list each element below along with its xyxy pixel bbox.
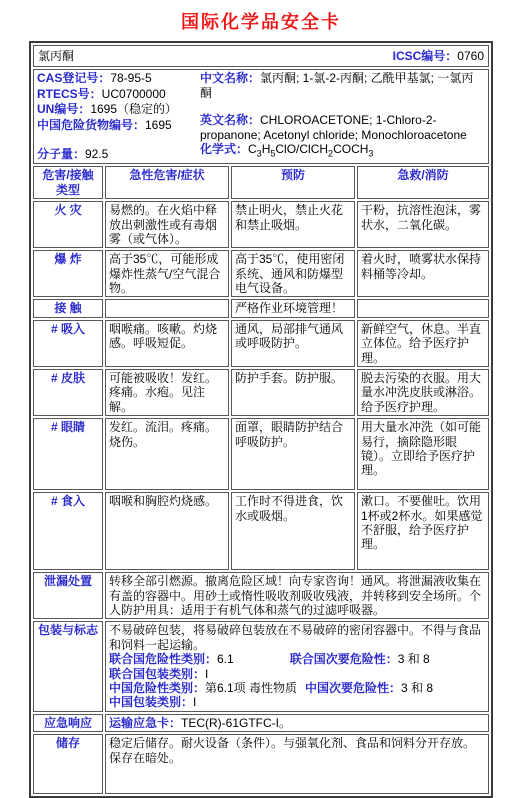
mw-value: 92.5 (85, 147, 108, 161)
icsc-number-group: ICSC编号：0760 (393, 49, 484, 63)
rtecs-value: UC0700000 (102, 87, 166, 101)
identity-row: CAS登记号：78-95-5 RTECS号：UC0700000 UN编号：169… (33, 69, 489, 164)
cn-dg-label: 中国危险货物编号： (37, 118, 145, 132)
spill-label: 泄漏处置 (33, 572, 103, 619)
cn-sub-value: 3 和 8 (401, 681, 433, 695)
formula-line: 化学式：C3H5ClO/ClCH2COCH3 (200, 142, 485, 156)
spill-row: 泄漏处置 转移全部引燃源。撤离危险区域！向专家咨询！通风。将泄漏液收集在有盖的容… (33, 572, 489, 619)
hazard-symptoms: 可能被吸收！发红。疼痛。水疱。见注解。 (105, 369, 229, 416)
mw-line: 分子量：92.5 (37, 147, 200, 161)
hazard-row-fire: 火 灾 易燃的。在火焰中释放出刺激性或有毒烟雾（或气体）。 禁止明火，禁止火花和… (33, 201, 489, 248)
hazard-prevention: 高于35℃，使用密闭系统、通风和防爆型电气设备。 (231, 250, 355, 297)
un-line: UN编号：1695（稳定的） (37, 102, 200, 116)
packaging-label: 包装与标志 (33, 621, 103, 711)
cn-class-value: 第6.1项 毒性物质 (205, 681, 297, 695)
identity-cell: CAS登记号：78-95-5 RTECS号：UC0700000 UN编号：169… (33, 69, 489, 164)
icsc-number: 0760 (457, 49, 484, 63)
hazard-row-eyes: # 眼睛 发红。流泪。疼痛。烧伤。 面罩，眼睛防护结合呼吸防护。 用大量水冲洗（… (33, 418, 489, 490)
zh-name-label: 中文名称： (200, 71, 260, 85)
en-name-line: 英文名称：CHLOROACETONE; 1-Chloro-2-propanone… (200, 113, 485, 142)
cas-line: CAS登记号：78-95-5 (37, 71, 200, 85)
cn-pack-value: I (193, 695, 196, 709)
hazard-type: 接 触 (33, 299, 103, 317)
hazard-type: # 眼睛 (33, 418, 103, 490)
cn-class-label: 中国危险性类别： (109, 681, 205, 695)
hazard-row-inhalation: # 吸入 咽喉痛。咳嗽。灼烧感。呼吸短促。 通风，局部排气通风或呼吸防护。 新鲜… (33, 320, 489, 367)
un-pack-line: 联合国包装类别：I (109, 667, 485, 681)
hazard-firstaid: 脱去污染的衣服。用大量水冲洗皮肤或淋浴。给予医疗护理。 (357, 369, 489, 416)
hazard-prevention: 禁止明火，禁止火花和禁止吸烟。 (231, 201, 355, 248)
hazard-symptoms: 咽喉痛。咳嗽。灼烧感。呼吸短促。 (105, 320, 229, 367)
packaging-row: 包装与标志 不易破碎包装，将易破碎包装放在不易破碎的密闭容器中。不得与食品和饲料… (33, 621, 489, 711)
transport-card-value: TEC(R)-61GTFC-I。 (181, 716, 291, 730)
hazard-header-row: 危害/接触类型 急性危害/症状 预防 急救/消防 (33, 166, 489, 199)
un-class-label: 联合国危险性类别： (109, 652, 217, 666)
identity-block: CAS登记号：78-95-5 RTECS号：UC0700000 UN编号：169… (37, 71, 485, 162)
storage-text: 稳定后储存。耐火设备（条件）。与强氧化剂、食品和饲料分开存放。保存在暗处。 (105, 734, 489, 794)
hazard-prevention: 防护手套。防护服。 (231, 369, 355, 416)
un-sub-value: 3 和 8 (398, 652, 430, 666)
rtecs-line: RTECS号：UC0700000 (37, 87, 200, 101)
un-sub-label: 联合国次要危险性： (290, 652, 398, 666)
hazard-symptoms: 咽喉和胸腔灼烧感。 (105, 492, 229, 570)
hazard-prevention: 严格作业环境管理！ (231, 299, 355, 317)
hazard-symptoms: 发红。流泪。疼痛。烧伤。 (105, 418, 229, 490)
icsc-label: ICSC编号： (393, 49, 458, 63)
col-header-prevention: 预防 (231, 166, 355, 199)
hazard-symptoms: 易燃的。在火焰中释放出刺激性或有毒烟雾（或气体）。 (105, 201, 229, 248)
spill-text: 转移全部引燃源。撤离危险区域！向专家咨询！通风。将泄漏液收集在有盖的容器中。用砂… (105, 572, 489, 619)
hazard-firstaid: 干粉，抗溶性泡沫，雾状水，二氧化碳。 (357, 201, 489, 248)
un-class-line: 联合国危险性类别：6.1联合国次要危险性：3 和 8 (109, 652, 485, 666)
cn-pack-line: 中国包装类别：I (109, 695, 485, 709)
formula-value: C3H5ClO/ClCH2COCH3 (248, 142, 373, 156)
header-row: 氯丙酮 ICSC编号：0760 (33, 45, 489, 67)
cn-class-line: 中国危险性类别：第6.1项 毒性物质中国次要危险性：3 和 8 (109, 681, 485, 695)
hazard-symptoms (105, 299, 229, 317)
hazard-type: # 吸入 (33, 320, 103, 367)
substance-header-cell: 氯丙酮 ICSC编号：0760 (33, 45, 489, 67)
packaging-intro: 不易破碎包装，将易破碎包装放在不易破碎的密闭容器中。不得与食品和饲料一起运输。 (109, 623, 485, 652)
storage-label: 储存 (33, 734, 103, 794)
un-value: 1695（稳定的） (90, 102, 177, 116)
hazard-firstaid: 新鲜空气，休息。半直立体位。给予医疗护理。 (357, 320, 489, 367)
hazard-symptoms: 高于35℃，可能形成爆炸性蒸气/空气混合物。 (105, 250, 229, 297)
hazard-type: # 食入 (33, 492, 103, 570)
cn-dg-value: 1695 (145, 118, 172, 132)
un-class-value: 6.1 (217, 652, 234, 666)
hazard-firstaid (357, 299, 489, 317)
hazard-type: 爆 炸 (33, 250, 103, 297)
hazard-prevention: 面罩，眼睛防护结合呼吸防护。 (231, 418, 355, 490)
col-header-type: 危害/接触类型 (33, 166, 103, 199)
hazard-firstaid: 着火时，喷雾状水保持料桶等冷却。 (357, 250, 489, 297)
hazard-prevention: 工作时不得进食，饮水或吸烟。 (231, 492, 355, 570)
substance-header: 氯丙酮 ICSC编号：0760 (38, 49, 484, 63)
hazard-row-exposure: 接 触 严格作业环境管理！ (33, 299, 489, 317)
hazard-type: 火 灾 (33, 201, 103, 248)
cas-value: 78-95-5 (110, 71, 151, 85)
hazard-firstaid: 用大量水冲洗（如可能易行，摘除隐形眼镜）。立即给予医疗护理。 (357, 418, 489, 490)
rtecs-label: RTECS号： (37, 87, 102, 101)
un-label: UN编号： (37, 102, 90, 116)
hazard-firstaid: 漱口。不要催吐。饮用1杯或2杯水。如果感觉不舒服，给予医疗护理。 (357, 492, 489, 570)
identifier-list: CAS登记号：78-95-5 RTECS号：UC0700000 UN编号：169… (37, 71, 200, 162)
un-pack-value: I (205, 667, 208, 681)
un-pack-label: 联合国包装类别： (109, 667, 205, 681)
emergency-row: 应急响应 运输应急卡：TEC(R)-61GTFC-I。 (33, 714, 489, 732)
hazard-row-explosion: 爆 炸 高于35℃，可能形成爆炸性蒸气/空气混合物。 高于35℃，使用密闭系统、… (33, 250, 489, 297)
formula-label: 化学式： (200, 142, 248, 156)
transport-card-label: 运输应急卡： (109, 716, 181, 730)
storage-row: 储存 稳定后储存。耐火设备（条件）。与强氧化剂、食品和饲料分开存放。保存在暗处。 (33, 734, 489, 794)
en-name-label: 英文名称： (200, 113, 260, 127)
cn-sub-label: 中国次要危险性： (305, 681, 401, 695)
substance-name: 氯丙酮 (38, 49, 74, 63)
page-title: 国际化学品安全卡 (0, 8, 522, 34)
name-list: 中文名称：氯丙酮; 1-氯-2-丙酮; 乙酰甲基氯; 一氯丙酮 英文名称：CHL… (200, 71, 485, 162)
emergency-label: 应急响应 (33, 714, 103, 732)
cn-dg-line: 中国危险货物编号：1695 (37, 118, 200, 132)
packaging-content: 不易破碎包装，将易破碎包装放在不易破碎的密闭容器中。不得与食品和饲料一起运输。 … (105, 621, 489, 711)
hazard-row-ingestion: # 食入 咽喉和胸腔灼烧感。 工作时不得进食，饮水或吸烟。 漱口。不要催吐。饮用… (33, 492, 489, 570)
col-header-firstaid: 急救/消防 (357, 166, 489, 199)
zh-name-line: 中文名称：氯丙酮; 1-氯-2-丙酮; 乙酰甲基氯; 一氯丙酮 (200, 71, 485, 100)
hazard-prevention: 通风，局部排气通风或呼吸防护。 (231, 320, 355, 367)
col-header-symptoms: 急性危害/症状 (105, 166, 229, 199)
safety-card: 氯丙酮 ICSC编号：0760 CAS登记号：78-95-5 RTECS号：UC… (29, 41, 493, 798)
cn-pack-label: 中国包装类别： (109, 695, 193, 709)
cas-label: CAS登记号： (37, 71, 110, 85)
mw-label: 分子量： (37, 147, 85, 161)
hazard-row-skin: # 皮肤 可能被吸收！发红。疼痛。水疱。见注解。 防护手套。防护服。 脱去污染的… (33, 369, 489, 416)
emergency-content: 运输应急卡：TEC(R)-61GTFC-I。 (105, 714, 489, 732)
hazard-type: # 皮肤 (33, 369, 103, 416)
page: 国际化学品安全卡 氯丙酮 ICSC编号：0760 CAS登记号：78-95 (0, 0, 522, 798)
